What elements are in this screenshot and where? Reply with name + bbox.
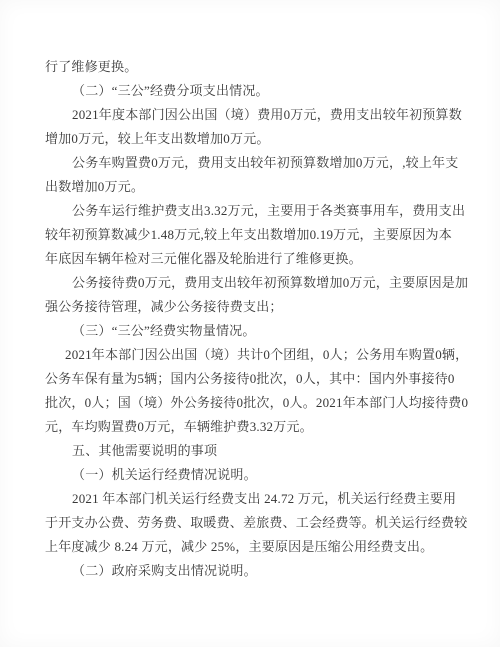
subsection-heading: （二）“三公”经费分项支出情况。	[45, 79, 466, 103]
text-line: 公务车购置费0万元，费用支出较年初预算数增加0万元，,较上年支	[45, 151, 466, 175]
text-line: 行了维修更换。	[45, 55, 466, 79]
subsection-heading: （一）机关运行经费情况说明。	[45, 463, 466, 487]
text-line: 元，车均购置费0万元，车辆维护费3.32万元。	[45, 415, 466, 439]
text-line: 强公务接待管理，减少公务接待费支出；	[45, 295, 466, 319]
text-line: 上年度减少 8.24 万元，减少 25%，主要原因是压缩公用经费支出。	[45, 535, 466, 559]
subsection-heading: （三）“三公”经费实物量情况。	[45, 319, 466, 343]
text-line: 2021 年本部门机关运行经费支出 24.72 万元，机关运行经费主要用	[45, 487, 466, 511]
text-line: 较年初预算数减少1.48万元,较上年支出数增加0.19万元，主要原因为本	[45, 223, 466, 247]
text-line: 增加0万元，较上年支出数增加0万元。	[45, 127, 466, 151]
text-line: 公务车运行维护费支出3.32万元，主要用于各类赛事用车，费用支出	[45, 199, 466, 223]
text-line: 出数增加0万元。	[45, 175, 466, 199]
text-line: 2021年本部门因公出国（境）共计0个团组，0人；公务用车购置0辆，	[45, 343, 466, 367]
text-line: 2021年度本部门因公出国（境）费用0万元，费用支出较年初预算数	[45, 103, 466, 127]
subsection-heading: （二）政府采购支出情况说明。	[45, 559, 466, 583]
text-line: 公务接待费0万元，费用支出较年初预算数增加0万元，主要原因是加	[45, 271, 466, 295]
document-page: 行了维修更换。 （二）“三公”经费分项支出情况。 2021年度本部门因公出国（境…	[0, 0, 500, 647]
text-line: 年底因车辆年检对三元催化器及轮胎进行了维修更换。	[45, 247, 466, 271]
text-line: 于开支办公费、劳务费、取暖费、差旅费、工会经费等。机关运行经费较	[45, 511, 466, 535]
section-heading: 五、其他需要说明的事项	[45, 439, 466, 463]
document-body: 行了维修更换。 （二）“三公”经费分项支出情况。 2021年度本部门因公出国（境…	[45, 55, 466, 583]
text-line: 公务车保有量为5辆；国内公务接待0批次，0人，其中：国内外事接待0	[45, 367, 466, 391]
text-line: 批次，0人；国（境）外公务接待0批次，0人。2021年本部门人均接待费0	[45, 391, 466, 415]
